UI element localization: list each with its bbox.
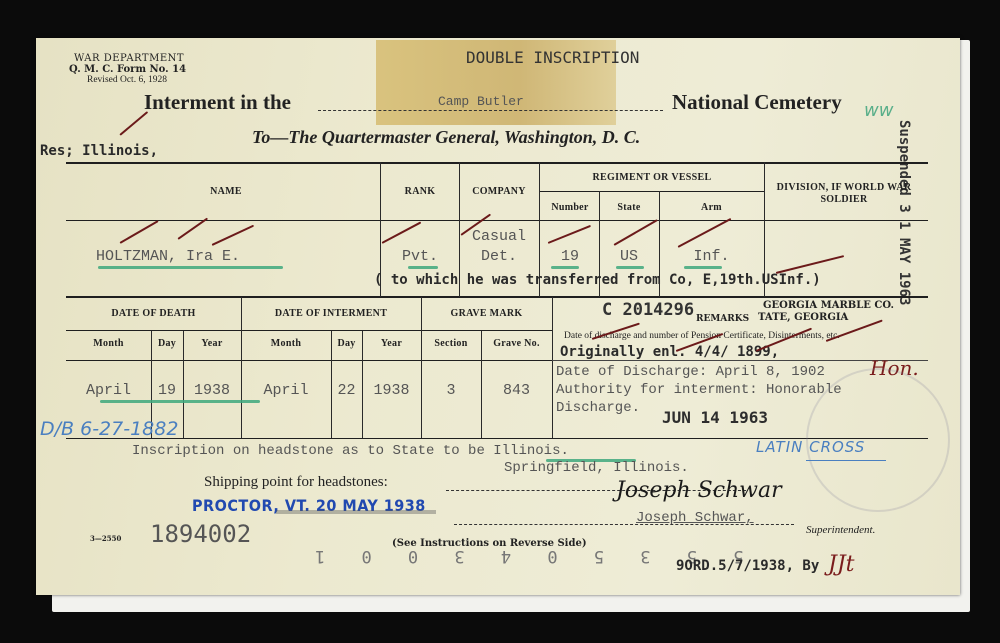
remarks-label: REMARKS — [696, 314, 749, 324]
form-number: Q. M. C. Form No. 14 — [69, 64, 186, 75]
header-division: DIVISION, IF WORLD WAR SOLDIER — [774, 182, 914, 206]
signature-typed: Joseph Schwar, — [636, 510, 754, 526]
strike-through — [276, 510, 436, 514]
interment-day: 22 — [331, 382, 362, 399]
dates-sub-rule — [66, 330, 552, 331]
company-line1: Casual — [459, 228, 539, 245]
header-state: State — [599, 202, 659, 213]
cemetery-line — [318, 110, 663, 111]
signature-title: Superintendent. — [806, 524, 875, 536]
header-interment-year: Year — [362, 338, 421, 349]
header-interment-month: Month — [241, 338, 331, 349]
check-mark-icon — [548, 225, 591, 244]
supplier-line2: TATE, GEORGIA — [758, 312, 848, 323]
location: Springfield, Illinois. — [504, 460, 689, 476]
order-line: 9ORD.5/7/1938, By — [676, 558, 819, 574]
addressee: To—The Quartermaster General, Washington… — [252, 127, 640, 148]
dates-header-rule — [66, 360, 552, 361]
death-day: 19 — [151, 382, 183, 399]
header-interment-day: Day — [331, 338, 362, 349]
cemetery-name: Camp Butler — [438, 94, 524, 109]
header-death-day: Day — [151, 338, 183, 349]
check-mark-icon — [614, 219, 658, 246]
header-name: NAME — [156, 186, 296, 197]
interment-prefix: Interment in the — [144, 90, 291, 115]
header-company: COMPANY — [459, 186, 539, 197]
header-date-of-interment: DATE OF INTERMENT — [241, 308, 421, 319]
regiment-state: US — [599, 248, 659, 265]
interment-month: April — [241, 382, 331, 399]
check-mark-icon — [678, 218, 732, 248]
header-regiment: REGIMENT OR VESSEL — [540, 172, 764, 183]
green-underline — [408, 266, 438, 269]
regiment-arm: Inf. — [659, 248, 764, 265]
supplier-line1: GEORGIA MARBLE CO. — [763, 300, 894, 311]
check-mark-icon — [119, 111, 148, 136]
header-grave-no: Grave No. — [481, 338, 552, 349]
death-month: April — [66, 382, 151, 399]
emblem-handwritten: LATIN CROSS — [756, 438, 865, 456]
regiment-sub-rule — [540, 191, 764, 192]
company-line2: Det. — [459, 248, 539, 265]
remarks-line4: Discharge. — [556, 400, 640, 416]
header-rank: RANK — [380, 186, 460, 197]
grave-section: 3 — [421, 382, 481, 399]
green-underline — [684, 266, 722, 269]
interment-suffix: National Cemetery — [672, 90, 842, 115]
remarks-line1: Originally enl. 4/4/ 1899, — [560, 344, 779, 360]
serial-number: 1894002 — [150, 520, 251, 548]
header-section: Section — [421, 338, 481, 349]
grave-number: 843 — [481, 382, 552, 399]
green-underline — [100, 400, 260, 403]
shipping-label: Shipping point for headstones: — [204, 474, 388, 491]
department-label: WAR DEPARTMENT — [74, 53, 184, 64]
header-number: Number — [540, 202, 600, 213]
check-mark-icon — [382, 221, 422, 243]
table-mid-rule — [66, 296, 928, 298]
remarks-line2: Date of Discharge: April 8, 1902 — [556, 364, 825, 380]
header-bottom-rule — [66, 220, 928, 221]
col-divider — [552, 297, 553, 438]
header-death-month: Month — [66, 338, 151, 349]
form-code: 3—2550 — [90, 534, 121, 543]
residence: Res; Illinois, — [40, 143, 158, 159]
remarks-line3: Authority for interment: Honorable — [556, 382, 842, 398]
interment-form-card: DOUBLE INSCRIPTION WAR DEPARTMENT Q. M. … — [36, 38, 960, 595]
regiment-number: 19 — [540, 248, 600, 265]
header-arm: Arm — [659, 202, 764, 213]
check-mark-icon — [212, 225, 255, 246]
signature-script[interactable]: Joseph Schwar — [616, 478, 782, 503]
soldier-name: HOLTZMAN, Ira E. — [96, 248, 240, 265]
table-top-rule — [66, 162, 928, 164]
revised-date: Revised Oct. 6, 1928 — [87, 75, 167, 85]
green-underline — [98, 266, 283, 269]
date-stamp: JUN 14 1963 — [662, 408, 768, 427]
death-year: 1938 — [183, 382, 241, 399]
header-death-year: Year — [183, 338, 241, 349]
contract-number: C 2014296 — [602, 300, 694, 320]
green-underline — [616, 266, 644, 269]
check-mark-icon — [120, 220, 159, 244]
suspended-stamp: Suspended 3 1 MAY 1963 — [896, 120, 912, 305]
double-inscription-stamp: DOUBLE INSCRIPTION — [466, 48, 639, 67]
birth-date-handwritten: D/B 6-27-1882 — [40, 418, 178, 440]
header-date-of-death: DATE OF DEATH — [66, 308, 241, 319]
interment-year: 1938 — [362, 382, 421, 399]
inscription-note: Inscription on headstone as to State to … — [132, 443, 569, 459]
green-underline — [551, 266, 579, 269]
order-initials: JJt — [828, 552, 854, 577]
header-grave-mark: GRAVE MARK — [421, 308, 552, 319]
soldier-rank: Pvt. — [380, 248, 460, 265]
transfer-note: ( to which he was transferred from Co, E… — [374, 272, 821, 288]
handwritten-initials: ww — [864, 100, 893, 121]
blue-underline — [806, 460, 886, 461]
